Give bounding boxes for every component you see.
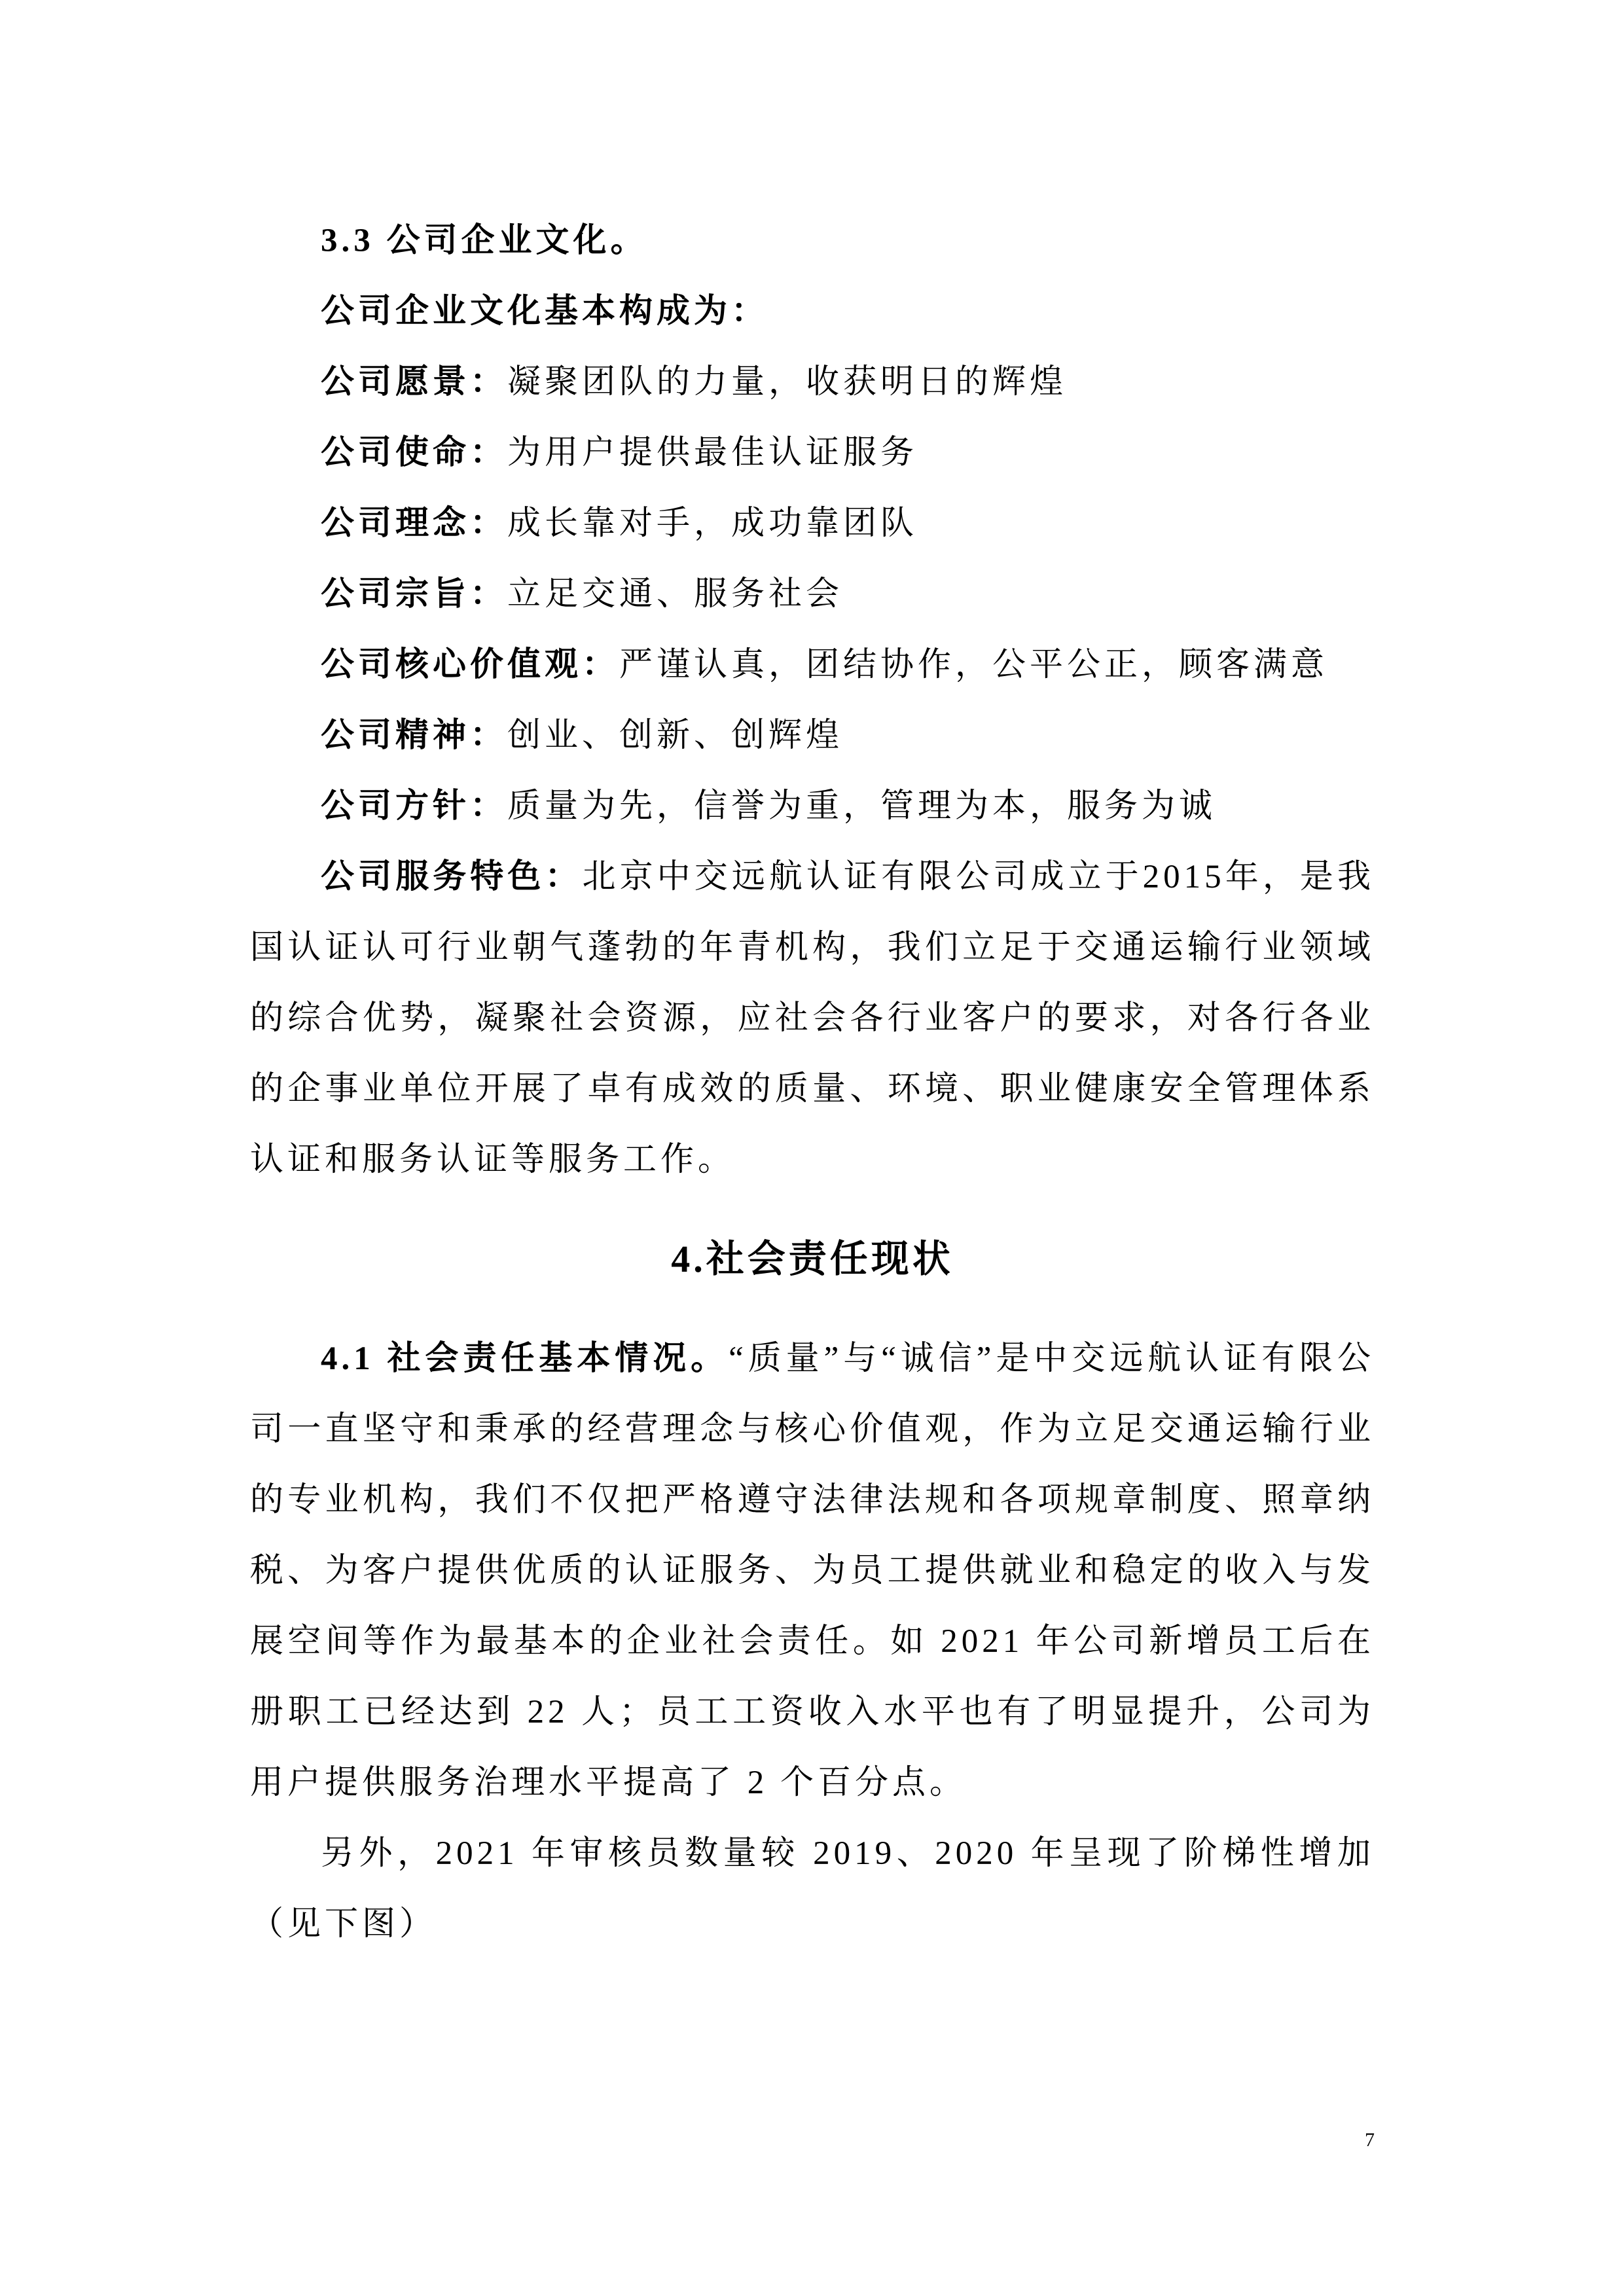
page-content: 3.3 公司企业文化。 公司企业文化基本构成为： 公司愿景：凝聚团队的力量，收获… xyxy=(250,0,1375,1960)
page-number: 7 xyxy=(250,2128,1375,2152)
culture-item-purpose: 公司宗旨：立足交通、服务社会 xyxy=(250,559,1375,630)
culture-item-label: 公司方针： xyxy=(321,788,507,825)
culture-item-core-values: 公司核心价值观：严谨认真，团结协作，公平公正，顾客满意 xyxy=(250,630,1375,700)
culture-item-text: 严谨认真，团结协作，公平公正，顾客满意 xyxy=(619,647,1328,683)
culture-item-spirit: 公司精神：创业、创新、创辉煌 xyxy=(250,700,1375,771)
culture-item-label: 公司使命： xyxy=(321,435,507,471)
culture-item-text: 凝聚团队的力量，收获明日的辉煌 xyxy=(507,364,1067,401)
culture-item-label: 公司宗旨： xyxy=(321,576,507,613)
culture-item-text: 立足交通、服务社会 xyxy=(507,576,843,613)
culture-item-label: 公司愿景： xyxy=(321,364,507,401)
culture-item-text: 创业、创新、创辉煌 xyxy=(507,717,843,754)
culture-item-text: 为用户提供最佳认证服务 xyxy=(507,435,918,471)
culture-item-vision: 公司愿景：凝聚团队的力量，收获明日的辉煌 xyxy=(250,347,1375,418)
culture-item-mission: 公司使命：为用户提供最佳认证服务 xyxy=(250,418,1375,488)
section-33-heading: 3.3 公司企业文化。 xyxy=(250,206,1375,276)
service-feature-text: 北京中交远航认证有限公司成立于2015年，是我国认证认可行业朝气蓬勃的年青机构，… xyxy=(250,859,1375,1178)
culture-item-text: 质量为先，信誉为重，管理为本，服务为诚 xyxy=(507,788,1216,825)
responsibility-additional-paragraph: 另外，2021 年审核员数量较 2019、2020 年呈现了阶梯性增加（见下图） xyxy=(250,1818,1375,1960)
culture-item-label: 公司核心价值观： xyxy=(321,647,619,683)
responsibility-basic-text: “质量”与“诚信”是中交远航认证有限公司一直坚守和秉承的经营理念与核心价值观，作… xyxy=(250,1340,1375,1801)
culture-item-label: 公司精神： xyxy=(321,717,507,754)
document-page: 3.3 公司企业文化。 公司企业文化基本构成为： 公司愿景：凝聚团队的力量，收获… xyxy=(0,0,1624,2296)
culture-item-philosophy: 公司理念：成长靠对手，成功靠团队 xyxy=(250,488,1375,559)
culture-item-text: 成长靠对手，成功靠团队 xyxy=(507,505,918,542)
section-4-heading: 4.社会责任现状 xyxy=(250,1224,1375,1295)
responsibility-basic-paragraph: 4.1 社会责任基本情况。“质量”与“诚信”是中交远航认证有限公司一直坚守和秉承… xyxy=(250,1323,1375,1818)
responsibility-basic-label: 4.1 社会责任基本情况。 xyxy=(321,1340,729,1377)
culture-item-policy: 公司方针：质量为先，信誉为重，管理为本，服务为诚 xyxy=(250,771,1375,842)
culture-item-label: 公司理念： xyxy=(321,505,507,542)
service-feature-paragraph: 公司服务特色：北京中交远航认证有限公司成立于2015年，是我国认证认可行业朝气蓬… xyxy=(250,842,1375,1195)
culture-intro: 公司企业文化基本构成为： xyxy=(250,276,1375,347)
service-feature-label: 公司服务特色： xyxy=(321,859,583,895)
